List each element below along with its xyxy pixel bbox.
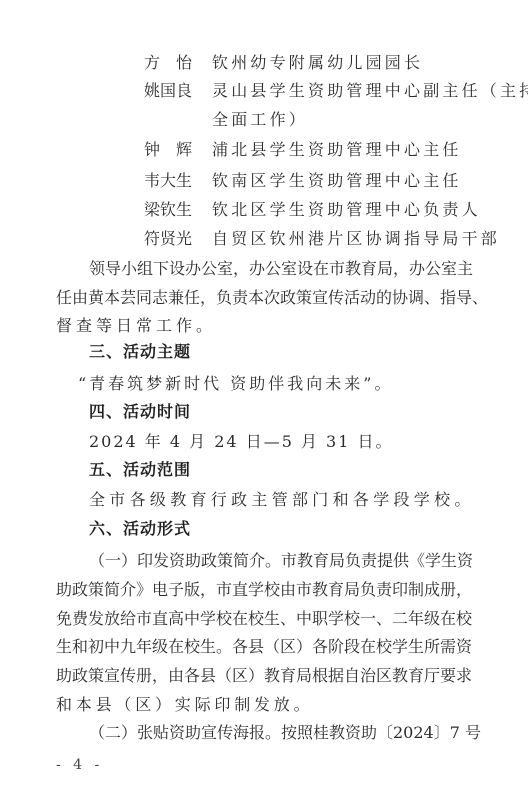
member-role: 灵山县学生资助管理中心副主任（主持: [212, 81, 528, 101]
section-heading-scope: 五、活动范围: [89, 460, 191, 480]
member-role: 钦北区学生资助管理中心负责人: [212, 200, 481, 220]
page-number: - 4 -: [56, 757, 103, 773]
paragraph-line: 生和初中九年级在校生。各县（区）各阶段在校学生所需资: [56, 637, 466, 657]
member-name: 韦大生: [144, 171, 192, 191]
paragraph-line: 免费发放给市直高中学校在校生、中职学校一、二年级在校: [56, 609, 466, 629]
paragraph-line: （一）印发资助政策简介。市教育局负责提供《学生资: [89, 551, 466, 571]
paragraph-line: （二）张贴资助宣传海报。按照桂教资助〔2024〕7 号: [89, 723, 466, 743]
member-name: 方 怡: [144, 53, 192, 73]
member-role-continued: 全面工作）: [212, 110, 308, 130]
paragraph-line: 领导小组下设办公室，办公室设在市教育局，办公室主: [89, 259, 466, 279]
paragraph-line: 助政策宣传册，由各县（区）教育局根据自治区教育厅要求: [56, 666, 466, 686]
paragraph-line: 督查等日常工作。: [56, 316, 216, 336]
member-role: 浦北县学生资助管理中心主任: [212, 140, 462, 160]
paragraph-line: 和本县（区）实际印制发放。: [56, 695, 313, 715]
scope-text: 全市各级教育行政主管部门和各学段学校。: [89, 490, 475, 510]
section-heading-form: 六、活动形式: [89, 519, 191, 539]
time-text: 2024 年 4 月 24 日—5 月 31 日。: [89, 432, 394, 452]
paragraph-line: 助政策简介》电子版，市直学校由市教育局负责印制成册，: [56, 580, 466, 600]
member-name: 符贤光: [144, 229, 192, 249]
section-heading-theme: 三、活动主题: [89, 342, 191, 362]
member-name: 钟 辉: [144, 140, 192, 160]
section-heading-time: 四、活动时间: [89, 402, 191, 422]
member-role: 钦州幼专附属幼儿园园长: [212, 53, 423, 73]
member-role: 钦南区学生资助管理中心主任: [212, 171, 462, 191]
paragraph-line: 任由黄本芸同志兼任，负责本次政策宣传活动的协调、指导、: [56, 288, 466, 308]
member-name: 梁钦生: [144, 200, 192, 220]
member-name: 姚国良: [144, 81, 192, 101]
theme-text: “青春筑梦新时代 资助伴我向未来”。: [78, 374, 393, 394]
member-role: 自贸区钦州港片区协调指导局干部: [212, 229, 500, 249]
